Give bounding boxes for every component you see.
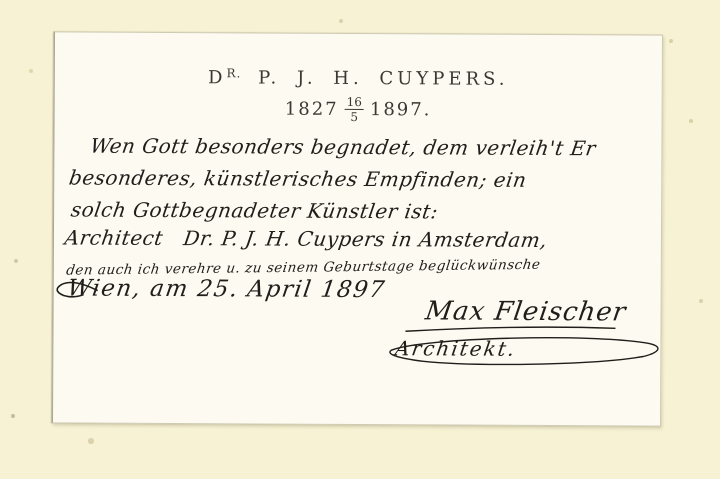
handwritten-line-2: besonderes, künstlerisches Empfinden; ei… [68, 165, 529, 191]
header-names: P. J. H. CUYPERS. [258, 67, 508, 89]
fraction-numerator: 16 [345, 96, 364, 110]
fraction-denominator: 5 [345, 110, 364, 123]
autograph-card: DR. P. J. H. CUYPERS. 18271651897. Wen G… [52, 31, 663, 426]
life-dates: 18271651897. [55, 94, 662, 124]
birth-year: 1827 [285, 99, 339, 120]
handwritten-line-1: Wen Gott besonders begnadet, dem verleih… [89, 134, 598, 161]
header-initial: D [208, 67, 227, 88]
date-fraction: 165 [345, 96, 364, 123]
place-date-line: Wien, am 25. April 1897 [66, 275, 388, 303]
header-superscript: R. [227, 66, 242, 80]
signature: Max Fleischer [423, 296, 628, 327]
signature-title: Architekt. [394, 336, 518, 361]
death-year: 1897. [370, 99, 432, 120]
album-page: DR. P. J. H. CUYPERS. 18271651897. Wen G… [0, 0, 720, 479]
handwritten-line-3: solch Gottbegnadeter Künstler ist: [69, 198, 440, 224]
printed-name-header: DR. P. J. H. CUYPERS. [55, 65, 662, 90]
paper-specks [0, 0, 2, 2]
handwritten-line-4: Architect Dr. P. J. H. Cuypers in Amster… [63, 225, 549, 252]
